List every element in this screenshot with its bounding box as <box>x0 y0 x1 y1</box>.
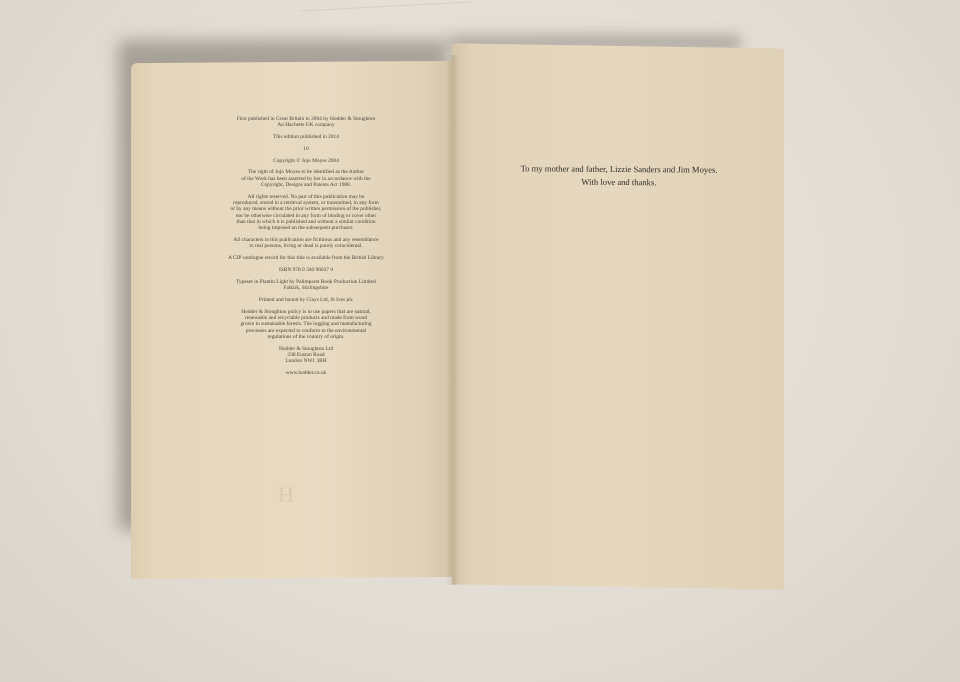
imprint-edition: This edition published in 2014 <box>196 134 416 140</box>
imprint-moral-rights: The right of Jojo Moyes to be identified… <box>196 169 416 188</box>
right-page-dedication <box>452 43 784 589</box>
imprint-printed-by: Printed and bound by Clays Ltd, St Ives … <box>196 297 416 303</box>
imprint-copyright: Copyright © Jojo Moyes 2004 <box>196 158 416 164</box>
imprint-fiction-disclaimer: All characters in this publication are f… <box>196 237 416 250</box>
imprint-paper-policy: Hodder & Stoughton policy is to use pape… <box>196 309 416 340</box>
imprint-print-number: 10 <box>196 146 416 152</box>
imprint-typeset: Typeset in Plantin Light by Palimpsest B… <box>196 279 416 292</box>
imprint-cip-record: A CIP catalogue record for this title is… <box>196 255 416 261</box>
copyright-imprint: First published in Great Britain in 2004… <box>196 116 416 382</box>
bleed-through-letter: H <box>278 482 294 508</box>
open-book: ​ H First published in Great Britain in … <box>0 0 960 682</box>
book-gutter <box>446 55 460 585</box>
dedication-line-1: To my mother and father, Lizzie Sanders … <box>484 162 754 177</box>
imprint-publisher-address: Hodder & Stoughton Ltd 338 Euston Road L… <box>196 346 416 365</box>
imprint-first-published: First published in Great Britain in 2004… <box>196 116 416 129</box>
imprint-isbn: ISBN 978 0 340 96037 0 <box>196 267 416 273</box>
imprint-all-rights-reserved: All rights reserved. No part of this pub… <box>196 194 416 232</box>
dedication-line-2: With love and thanks. <box>484 175 754 190</box>
imprint-website: www.hodder.co.uk <box>196 370 416 376</box>
dedication-text: To my mother and father, Lizzie Sanders … <box>484 162 754 190</box>
